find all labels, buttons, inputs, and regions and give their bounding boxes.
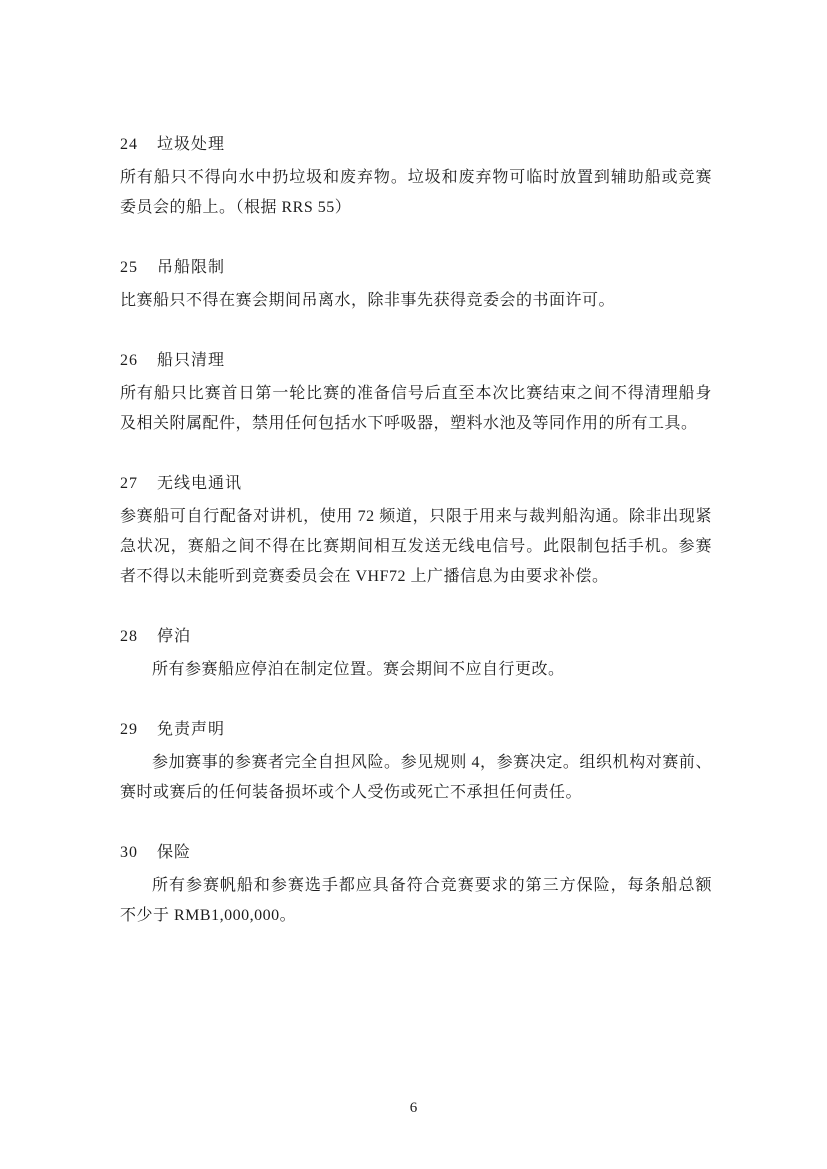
section-24-garbage-disposal: 24垃圾处理 所有船只不得向水中扔垃圾和废弃物。垃圾和废弃物可临时放置到辅助船或… (120, 130, 712, 223)
section-heading: 27无线电通讯 (120, 469, 712, 499)
section-title: 船只清理 (157, 352, 225, 369)
section-30-insurance: 30保险 所有参赛帆船和参赛选手都应具备符合竞赛要求的第三方保险，每条船总额不少… (120, 838, 712, 931)
document-page: 24垃圾处理 所有船只不得向水中扔垃圾和废弃物。垃圾和废弃物可临时放置到辅助船或… (0, 0, 827, 1169)
section-28-berthing: 28停泊 所有参赛船应停泊在制定位置。赛会期间不应自行更改。 (120, 622, 712, 685)
section-title: 无线电通讯 (157, 475, 242, 492)
section-title: 免责声明 (157, 721, 225, 738)
section-29-disclaimer: 29免责声明 参加赛事的参赛者完全自担风险。参见规则 4，参赛决定。组织机构对赛… (120, 715, 712, 808)
section-heading: 25吊船限制 (120, 253, 712, 283)
section-number: 25 (120, 253, 157, 283)
section-body: 参加赛事的参赛者完全自担风险。参见规则 4，参赛决定。组织机构对赛前、赛时或赛后… (120, 748, 712, 808)
section-title: 保险 (157, 844, 191, 861)
section-body: 所有船只不得向水中扔垃圾和废弃物。垃圾和废弃物可临时放置到辅助船或竞赛委员会的船… (120, 163, 712, 223)
section-27-radio-communication: 27无线电通讯 参赛船可自行配备对讲机，使用 72 频道，只限于用来与裁判船沟通… (120, 469, 712, 592)
section-number: 27 (120, 469, 157, 499)
section-25-haul-out-restriction: 25吊船限制 比赛船只不得在赛会期间吊离水，除非事先获得竞委会的书面许可。 (120, 253, 712, 316)
section-number: 28 (120, 622, 157, 652)
section-26-boat-cleaning: 26船只清理 所有船只比赛首日第一轮比赛的准备信号后直至本次比赛结束之间不得清理… (120, 346, 712, 439)
section-heading: 29免责声明 (120, 715, 712, 745)
section-number: 30 (120, 838, 157, 868)
section-body: 所有船只比赛首日第一轮比赛的准备信号后直至本次比赛结束之间不得清理船身及相关附属… (120, 379, 712, 439)
section-title: 停泊 (157, 628, 191, 645)
section-body: 所有参赛帆船和参赛选手都应具备符合竞赛要求的第三方保险，每条船总额不少于 RMB… (120, 871, 712, 931)
section-body: 所有参赛船应停泊在制定位置。赛会期间不应自行更改。 (120, 655, 712, 685)
section-heading: 24垃圾处理 (120, 130, 712, 160)
section-heading: 28停泊 (120, 622, 712, 652)
section-body: 参赛船可自行配备对讲机，使用 72 频道，只限于用来与裁判船沟通。除非出现紧急状… (120, 502, 712, 592)
page-number: 6 (0, 1098, 827, 1118)
document-content: 24垃圾处理 所有船只不得向水中扔垃圾和废弃物。垃圾和废弃物可临时放置到辅助船或… (120, 130, 712, 961)
section-heading: 30保险 (120, 838, 712, 868)
section-title: 吊船限制 (157, 259, 225, 276)
section-number: 26 (120, 346, 157, 376)
section-heading: 26船只清理 (120, 346, 712, 376)
section-number: 24 (120, 130, 157, 160)
section-number: 29 (120, 715, 157, 745)
section-title: 垃圾处理 (157, 136, 225, 153)
section-body: 比赛船只不得在赛会期间吊离水，除非事先获得竞委会的书面许可。 (120, 286, 712, 316)
